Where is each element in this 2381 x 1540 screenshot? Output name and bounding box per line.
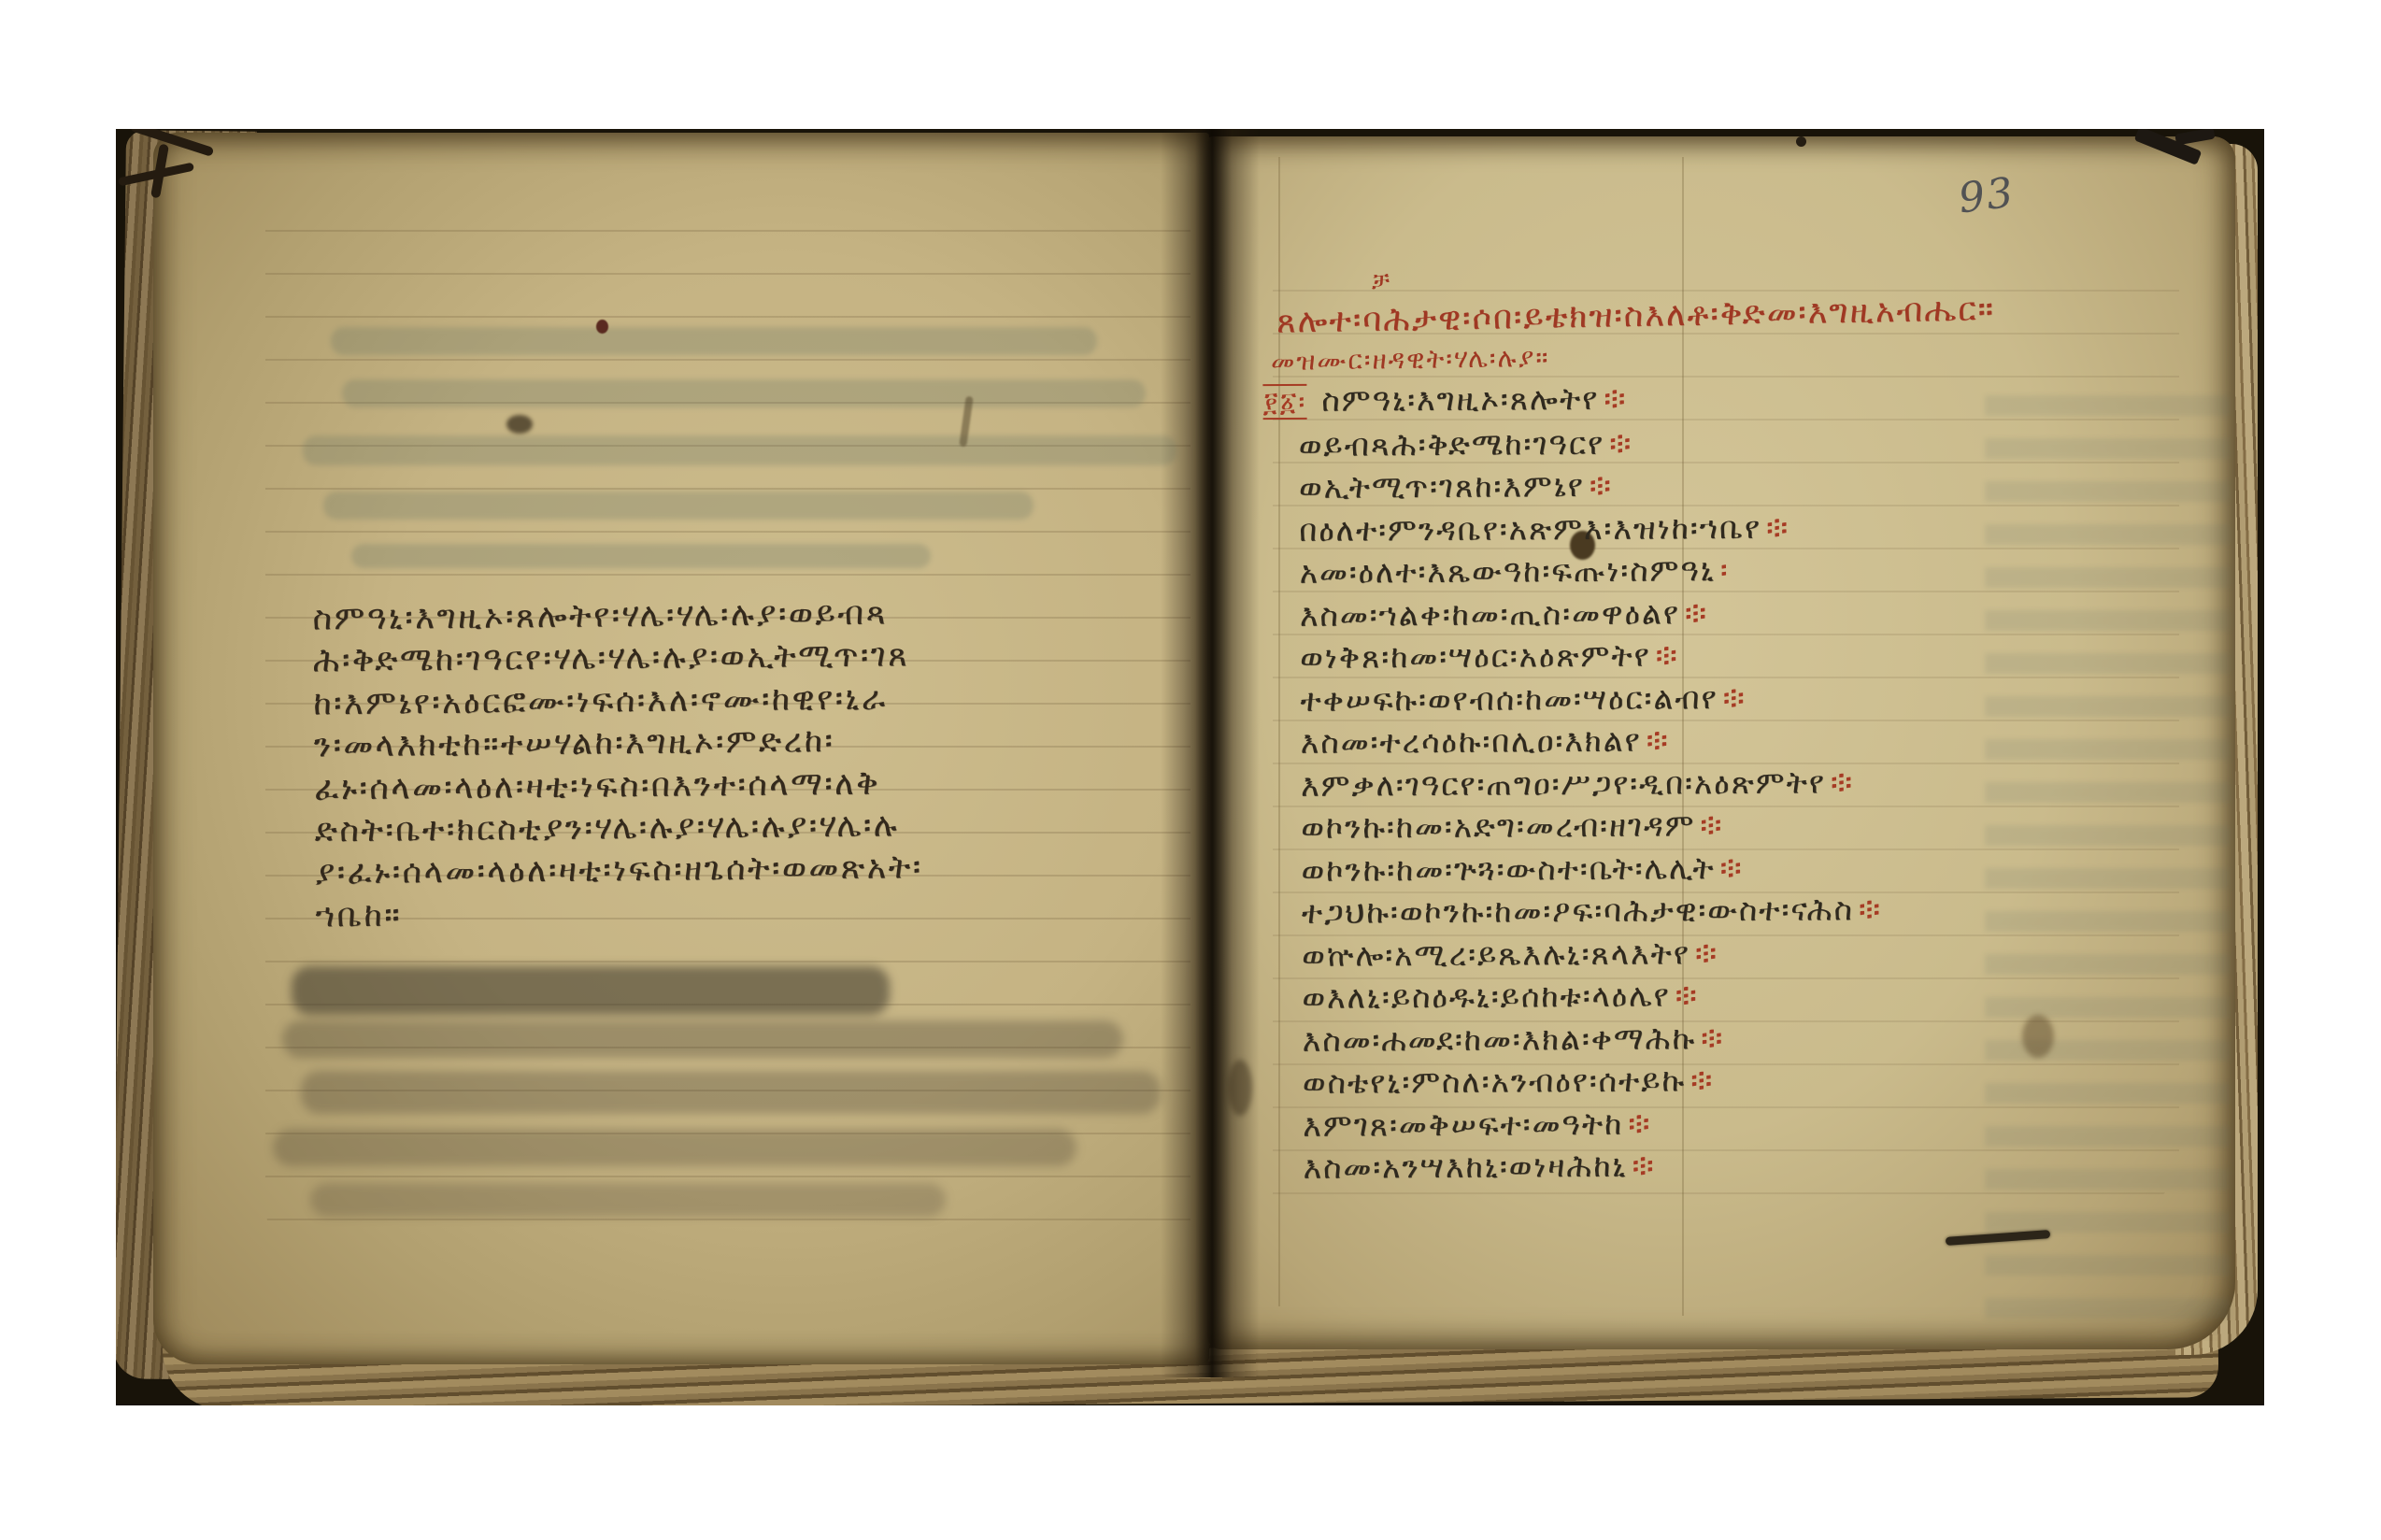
folio-number: 93 <box>1956 169 2017 223</box>
verse-line: እስመ፡ኀልቀ፡ከመ፡ጢስ፡መዋዕልየ፨ <box>1300 591 1881 636</box>
ink-stain <box>596 320 608 334</box>
ink-stain <box>1228 1060 1252 1116</box>
verse-line: እምገጸ፡መቅሠፍተ፡መዓትከ፨ <box>1303 1101 1884 1147</box>
verse-line: ወኵሎ፡አሚረ፡ይጼእሉኒ፡ጸላእትየ፨ <box>1302 931 1883 977</box>
bleedthrough-column <box>1985 395 2230 1320</box>
verse-line: እስመ፡አንሣእከኒ፡ወነዛሕከኒ፨ <box>1303 1143 1884 1189</box>
verse-line: ወኮንኩ፡ከመ፡አድግ፡መረብ፡ዘገዳም፨ <box>1301 803 1882 848</box>
verse-line: ወይብጻሕ፡ቅድሜከ፡ገዓርየ፨ <box>1299 421 1880 466</box>
verse-line: ወስቴየኒ፡ምስለ፡አንብዕየ፡ሰተይኩ፨ <box>1303 1058 1884 1104</box>
verse-line: አመ፡ዕለተ፡እጼውዓከ፡ፍጡነ፡ስምዓኒ፡ <box>1299 548 1880 593</box>
verse-line: ወእለኒ፡ይስዕዱኒ፡ይሰከቱ፡ላዕሌየ፨ <box>1302 973 1883 1019</box>
verse-line: እስመ፡ተረሳዕኩ፡በሊዐ፡እክልየ፨ <box>1301 718 1882 763</box>
screenshot-root: { "photo": { "page_number": "93", "left_… <box>0 0 2381 1540</box>
ink-stain <box>506 415 533 434</box>
ink-stain <box>2022 1015 2054 1058</box>
verse-line: ተጋህኩ፡ወኮንኩ፡ከመ፡ዖፍ፡ባሕታዊ፡ውስተ፡ናሕስ፨ <box>1302 888 1883 934</box>
verse-separator: ፨ <box>1599 380 1627 417</box>
verse-line: እምቃለ፡ገዓርየ፡ጠግዐ፡ሥጋየ፡ዲበ፡አዕጽምትየ፨ <box>1301 761 1882 806</box>
erased-text-smudge <box>273 959 1193 1244</box>
psalm-subtitle-rubric: መዝሙር፡ዘዳዊት፡ሃሌ፡ሉያ። <box>1271 342 1550 378</box>
verse-number-rubric: ፻፩፡ <box>1262 384 1306 420</box>
verse-line: ወኮንኩ፡ከመ፡ጕጓ፡ውስተ፡ቤት፡ሌሊት፨ <box>1301 846 1882 891</box>
ink-stain <box>1796 136 1806 147</box>
verse-line: ወነቅጸ፡ከመ፡ሣዕር፡አዕጽምትየ፨ <box>1300 633 1881 678</box>
verse-line: ተቀሠፍኩ፡ወየብሰ፡ከመ፡ሣዕር፡ልብየ፨ <box>1300 676 1881 721</box>
left-page-text-block: ስምዓኒ፡እግዚኦ፡ጸሎትየ፡ሃሌ፡ሃሌ፡ሉያ፡ወይብጻ ሕ፡ቅድሜከ፡ገዓርየ… <box>312 591 1184 938</box>
bleedthrough-text-block <box>303 327 1176 584</box>
text-line: ኀቤከ። <box>315 887 1184 937</box>
manuscript-photo: 93 ስምዓኒ፡እግዚኦ፡ጸሎትየ፡ሃሌ፡ሃሌ፡ሉያ፡ወይብጻ ሕ፡ቅድሜከ፡ገ… <box>116 129 2264 1405</box>
right-page-text-block: ፻፩፡ስምዓኒ፡እግዚኦ፡ጸሎትየ፨ ወይብጻሕ፡ቅድሜከ፡ገዓርየ፨ ወኢትሚ… <box>1298 376 1884 1189</box>
verse-line: እስመ፡ሐመደ፡ከመ፡እክል፡ቀማሕኩ፨ <box>1303 1016 1884 1062</box>
verse-line: ወኢትሚጥ፡ገጸከ፡እምኔየ፨ <box>1299 463 1880 508</box>
verse-line: ፻፩፡ስምዓኒ፡እግዚኦ፡ጸሎትየ፨ <box>1298 376 1879 423</box>
verse-line: በዕለተ፡ምንዳቤየ፡አጽምእ፡እዝነከ፡ኀቤየ፨ <box>1299 506 1880 551</box>
heading-superscript: ቻ <box>1372 267 1390 295</box>
